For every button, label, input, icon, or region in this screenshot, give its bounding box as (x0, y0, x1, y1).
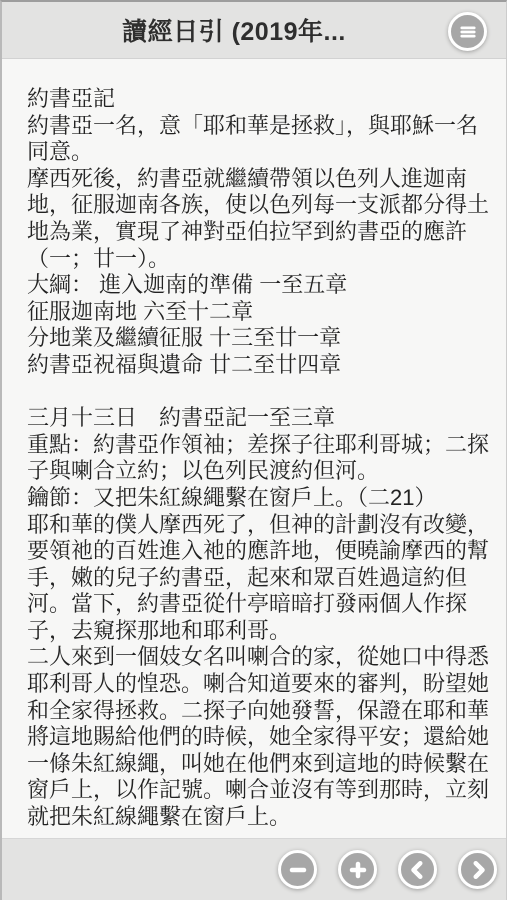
text-line: 就把朱紅線繩繫在窗戶上。 (27, 804, 486, 831)
text-line (27, 379, 486, 406)
zoom-out-button[interactable] (278, 850, 317, 889)
plus-icon (346, 858, 370, 882)
app-window: 讀經日引 (2019年... 約書亞記約書亞一名，意「耶和華是拯救」，與耶穌一名… (2, 2, 506, 900)
previous-page-button[interactable] (398, 850, 437, 889)
text-line: 要領祂的百姓進入祂的應許地，便曉諭摩西的幫 (27, 538, 486, 565)
zoom-in-button[interactable] (338, 850, 377, 889)
text-line: 約書亞一名，意「耶和華是拯救」，與耶穌一名 (27, 113, 486, 140)
text-line: 地，征服迦南各族，使以色列每一支派都分得土 (27, 192, 486, 219)
text-line: 三月十三日 約書亞記一至三章 (27, 405, 486, 432)
chevron-left-icon (406, 858, 430, 882)
text-line: 耶和華的僕人摩西死了，但神的計劃沒有改變， (27, 512, 486, 539)
text-line: 手，嫩的兒子約書亞，起來和眾百姓過這約但 (27, 565, 486, 592)
text-line: 征服迦南地 六至十二章 (27, 299, 486, 326)
text-line: 子，去窺探那地和耶利哥。 (27, 618, 486, 645)
text-line: 一條朱紅線繩，叫她在他們來到這地的時候繫在 (27, 751, 486, 778)
text-line: 重點：約書亞作領袖；差探子往耶利哥城；二探 (27, 432, 486, 459)
text-line: （一；廿一）。 (27, 246, 486, 273)
menu-button[interactable] (448, 12, 487, 51)
text-line: 子與喇合立約；以色列民渡約但河。 (27, 458, 486, 485)
text-line: 同意。 (27, 139, 486, 166)
next-page-button[interactable] (458, 850, 497, 889)
page-title: 讀經日引 (2019年... (122, 12, 346, 48)
text-line: 地為業，實現了神對亞伯拉罕到約書亞的應許 (27, 219, 486, 246)
hamburger-icon (457, 21, 479, 43)
minus-icon (286, 858, 310, 882)
chevron-right-icon (466, 858, 490, 882)
toolbar (2, 838, 506, 900)
text-line: 大綱： 進入迦南的準備 一至五章 (27, 272, 486, 299)
text-line: 分地業及繼續征服 十三至廿一章 (27, 325, 486, 352)
text-line: 和全家得拯救。二探子向她發誓，保證在耶和華 (27, 698, 486, 725)
text-line: 鑰節：又把朱紅線繩繫在窗戶上。（二21） (27, 485, 486, 512)
text-line: 耶利哥人的惶恐。喇合知道要來的審判，盼望她 (27, 671, 486, 698)
text-line: 河。當下，約書亞從什亭暗暗打發兩個人作探 (27, 591, 486, 618)
title-bar: 讀經日引 (2019年... (2, 2, 506, 59)
text-line: 窗戶上，以作記號。喇合並沒有等到那時，立刻 (27, 777, 486, 804)
text-line: 將這地賜給他們的時候，她全家得平安；還給她 (27, 724, 486, 751)
text-line: 摩西死後，約書亞就繼續帶領以色列人進迦南 (27, 166, 486, 193)
reading-text: 約書亞記約書亞一名，意「耶和華是拯救」，與耶穌一名同意。摩西死後，約書亞就繼續帶… (2, 59, 506, 838)
text-line: 約書亞記 (27, 86, 486, 113)
text-line: 二人來到一個妓女名叫喇合的家，從她口中得悉 (27, 644, 486, 671)
text-line: 約書亞祝福與遺命 廿二至廿四章 (27, 352, 486, 379)
